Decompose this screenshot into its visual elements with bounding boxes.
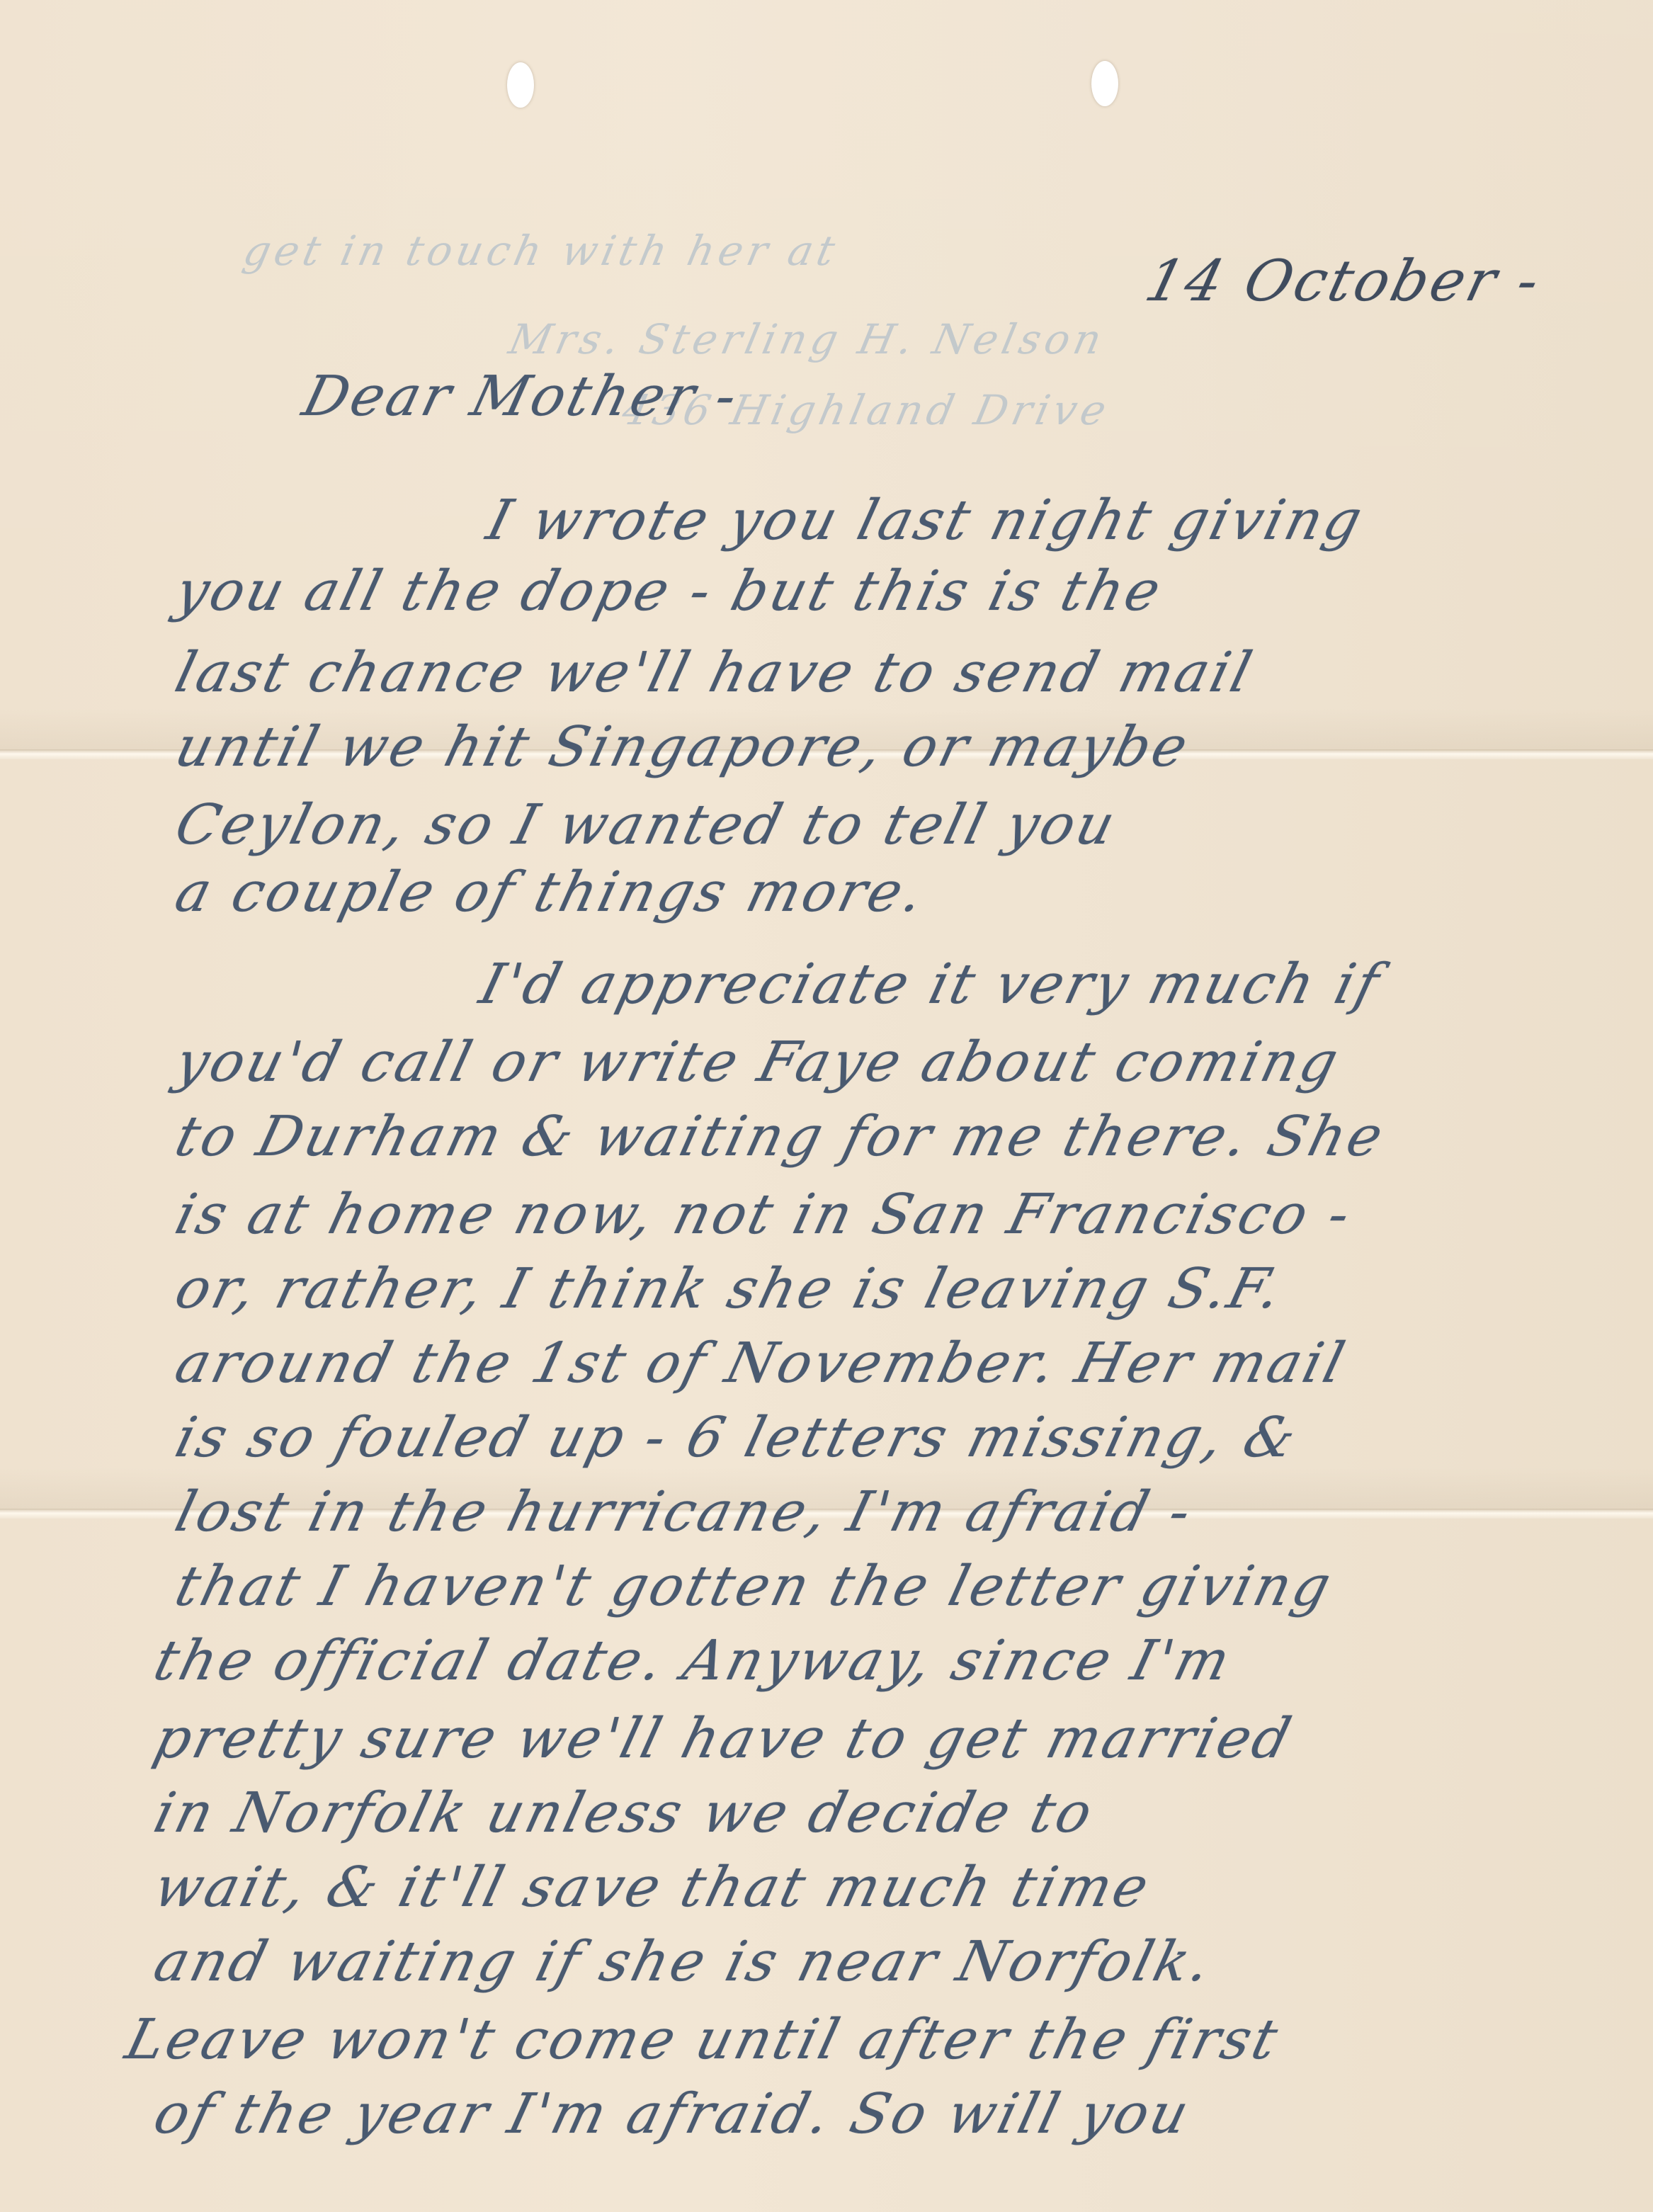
letter-line: Leave won't come until after the first: [120, 2008, 1287, 2072]
salutation: Dear Mother -: [297, 365, 746, 429]
letter-line: is at home now, not in San Francisco -: [169, 1183, 1359, 1247]
letter-line: of the year I'm afraid. So will you: [148, 2082, 1198, 2146]
letter-page: get in touch with her at Mrs. Sterling H…: [0, 0, 1653, 2212]
letter-line: a couple of things more.: [169, 861, 933, 924]
letter-line: you all the dope - but this is the: [169, 560, 1169, 623]
letter-line: is so fouled up - 6 letters missing, &: [169, 1406, 1305, 1470]
punch-hole-right: [1091, 61, 1118, 106]
letter-line: pretty sure we'll have to get married: [148, 1707, 1300, 1771]
bleed-through-line: get in touch with her at: [239, 227, 843, 275]
letter-line: or, rather, I think she is leaving S.F.: [169, 1257, 1290, 1321]
letter-line: last chance we'll have to send mail: [169, 641, 1261, 705]
letter-line: you'd call or write Faye about coming: [169, 1031, 1347, 1094]
letter-line: wait, & it'll save that much time: [148, 1856, 1157, 1919]
letter-line: and waiting if she is near Norfolk.: [148, 1930, 1220, 1994]
letter-line: until we hit Singapore, or maybe: [169, 715, 1197, 779]
letter-line: to Durham & waiting for me there. She: [169, 1105, 1392, 1169]
letter-line: lost in the hurricane, I'm afraid -: [169, 1480, 1200, 1544]
letter-line: I'd appreciate it very much if: [474, 953, 1388, 1016]
letter-line: around the 1st of November. Her mail: [169, 1332, 1353, 1395]
letter-date: 14 October -: [1139, 248, 1548, 314]
letter-line: in Norfolk unless we decide to: [148, 1781, 1101, 1845]
bleed-through-line: Mrs. Sterling H. Nelson: [505, 315, 1110, 363]
letter-line: that I haven't gotten the letter giving: [169, 1555, 1339, 1618]
letter-line: the official date. Anyway, since I'm: [148, 1629, 1239, 1693]
letter-line: Ceylon, so I wanted to tell you: [169, 793, 1124, 857]
punch-hole-left: [507, 62, 534, 108]
letter-line: I wrote you last night giving: [481, 489, 1371, 552]
